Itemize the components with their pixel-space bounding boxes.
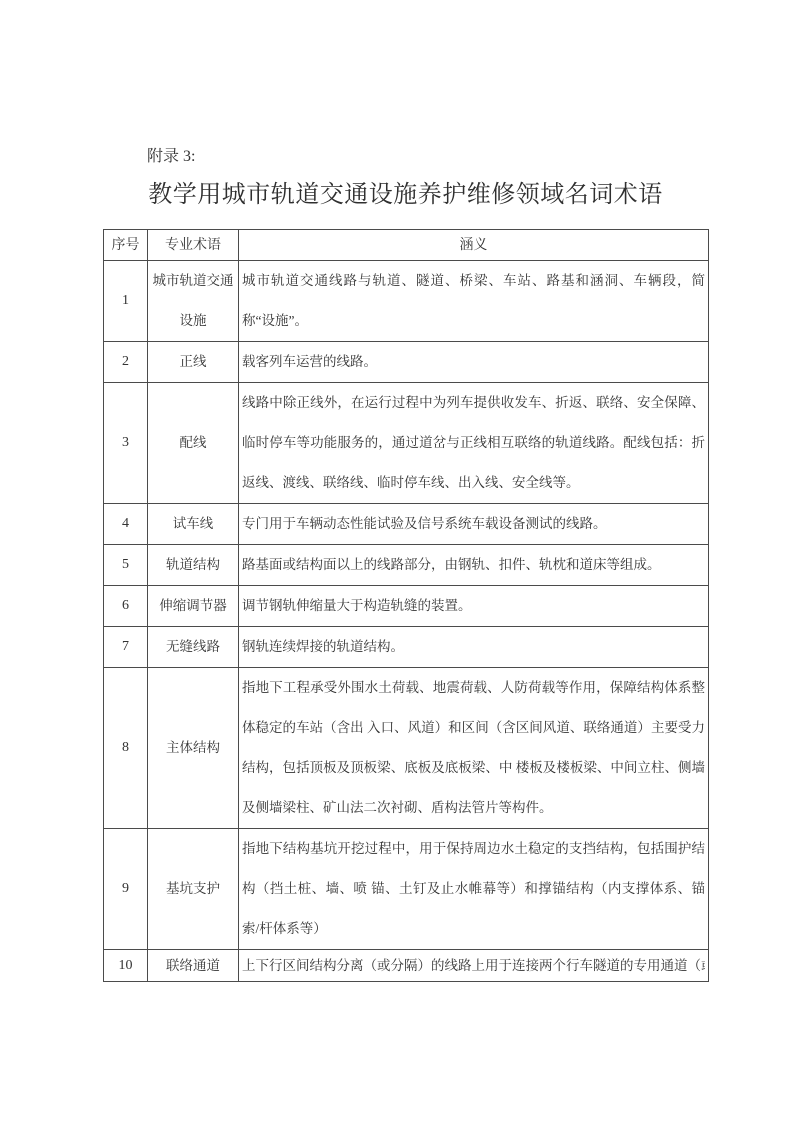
cell-no: 2 — [104, 342, 148, 383]
cell-no: 8 — [104, 668, 148, 829]
table-body: 1城市轨道交通设施城市轨道交通线路与轨道、隧道、桥梁、车站、路基和涵洞、车辆段，… — [104, 261, 709, 982]
cell-term: 基坑支护 — [148, 829, 239, 950]
cell-term: 联络通道 — [148, 950, 239, 982]
table-row: 3配线线路中除正线外，在运行过程中为列车提供收发车、折返、联络、安全保障、临时停… — [104, 383, 709, 504]
cell-definition: 专门用于车辆动态性能试验及信号系统车载设备测试的线路。 — [239, 504, 709, 545]
appendix-label: 附录 3: — [147, 146, 708, 167]
definition-text: 专门用于车辆动态性能试验及信号系统车载设备测试的线路。 — [242, 504, 705, 544]
definition-text: 上下行区间结构分离（或分隔）的线路上用于连接两个行车隧道的专用通道（或 — [242, 950, 705, 981]
definition-text: 调节钢轨伸缩量大于构造轨缝的装置。 — [242, 586, 705, 626]
cell-term: 城市轨道交通设施 — [148, 261, 239, 342]
table-row: 2正线载客列车运营的线路。 — [104, 342, 709, 383]
table-row: 10联络通道上下行区间结构分离（或分隔）的线路上用于连接两个行车隧道的专用通道（… — [104, 950, 709, 982]
cell-definition: 指地下工程承受外围水土荷载、地震荷载、人防荷载等作用，保障结构体系整体稳定的车站… — [239, 668, 709, 829]
definition-text: 路基面或结构面以上的线路部分，由钢轨、扣件、轨枕和道床等组成。 — [242, 545, 705, 585]
cell-definition: 调节钢轨伸缩量大于构造轨缝的装置。 — [239, 586, 709, 627]
cell-no: 1 — [104, 261, 148, 342]
definition-text: 载客列车运营的线路。 — [242, 342, 705, 382]
cell-no: 3 — [104, 383, 148, 504]
cell-term: 无缝线路 — [148, 627, 239, 668]
cell-term: 主体结构 — [148, 668, 239, 829]
definition-text: 指地下结构基坑开挖过程中，用于保持周边水土稳定的支挡结构，包括围护结构（挡土桩、… — [242, 829, 705, 949]
cell-definition: 指地下结构基坑开挖过程中，用于保持周边水土稳定的支挡结构，包括围护结构（挡土桩、… — [239, 829, 709, 950]
cell-term: 轨道结构 — [148, 545, 239, 586]
cell-definition: 载客列车运营的线路。 — [239, 342, 709, 383]
cell-definition: 线路中除正线外，在运行过程中为列车提供收发车、折返、联络、安全保障、临时停车等功… — [239, 383, 709, 504]
document-content: 附录 3: 教学用城市轨道交通设施养护维修领域名词术语 序号 专业术语 涵义 1… — [103, 146, 708, 982]
cell-definition: 城市轨道交通线路与轨道、隧道、桥梁、车站、路基和涵洞、车辆段，简称“设施”。 — [239, 261, 709, 342]
definition-text: 城市轨道交通线路与轨道、隧道、桥梁、车站、路基和涵洞、车辆段，简称“设施”。 — [242, 261, 705, 341]
table-row: 7无缝线路钢轨连续焊接的轨道结构。 — [104, 627, 709, 668]
cell-no: 9 — [104, 829, 148, 950]
definition-text: 线路中除正线外，在运行过程中为列车提供收发车、折返、联络、安全保障、临时停车等功… — [242, 383, 705, 503]
table-row: 1城市轨道交通设施城市轨道交通线路与轨道、隧道、桥梁、车站、路基和涵洞、车辆段，… — [104, 261, 709, 342]
cell-no: 6 — [104, 586, 148, 627]
table-header-row: 序号 专业术语 涵义 — [104, 230, 709, 261]
cell-definition: 上下行区间结构分离（或分隔）的线路上用于连接两个行车隧道的专用通道（或 — [239, 950, 709, 982]
terminology-table: 序号 专业术语 涵义 1城市轨道交通设施城市轨道交通线路与轨道、隧道、桥梁、车站… — [103, 229, 709, 982]
table-row: 5轨道结构路基面或结构面以上的线路部分，由钢轨、扣件、轨枕和道床等组成。 — [104, 545, 709, 586]
table-row: 8主体结构指地下工程承受外围水土荷载、地震荷载、人防荷载等作用，保障结构体系整体… — [104, 668, 709, 829]
header-no: 序号 — [104, 230, 148, 261]
document-title: 教学用城市轨道交通设施养护维修领域名词术语 — [103, 180, 708, 210]
table-row: 9基坑支护指地下结构基坑开挖过程中，用于保持周边水土稳定的支挡结构，包括围护结构… — [104, 829, 709, 950]
header-definition: 涵义 — [239, 230, 709, 261]
cell-no: 10 — [104, 950, 148, 982]
cell-no: 4 — [104, 504, 148, 545]
header-term: 专业术语 — [148, 230, 239, 261]
table-row: 6伸缩调节器调节钢轨伸缩量大于构造轨缝的装置。 — [104, 586, 709, 627]
document-page: 附录 3: 教学用城市轨道交通设施养护维修领域名词术语 序号 专业术语 涵义 1… — [0, 0, 794, 1123]
table-row: 4试车线专门用于车辆动态性能试验及信号系统车载设备测试的线路。 — [104, 504, 709, 545]
cell-term: 伸缩调节器 — [148, 586, 239, 627]
cell-term: 正线 — [148, 342, 239, 383]
definition-text: 钢轨连续焊接的轨道结构。 — [242, 627, 705, 667]
cell-definition: 路基面或结构面以上的线路部分，由钢轨、扣件、轨枕和道床等组成。 — [239, 545, 709, 586]
cell-no: 5 — [104, 545, 148, 586]
cell-no: 7 — [104, 627, 148, 668]
cell-term: 配线 — [148, 383, 239, 504]
cell-definition: 钢轨连续焊接的轨道结构。 — [239, 627, 709, 668]
cell-term: 试车线 — [148, 504, 239, 545]
definition-text: 指地下工程承受外围水土荷载、地震荷载、人防荷载等作用，保障结构体系整体稳定的车站… — [242, 668, 705, 828]
